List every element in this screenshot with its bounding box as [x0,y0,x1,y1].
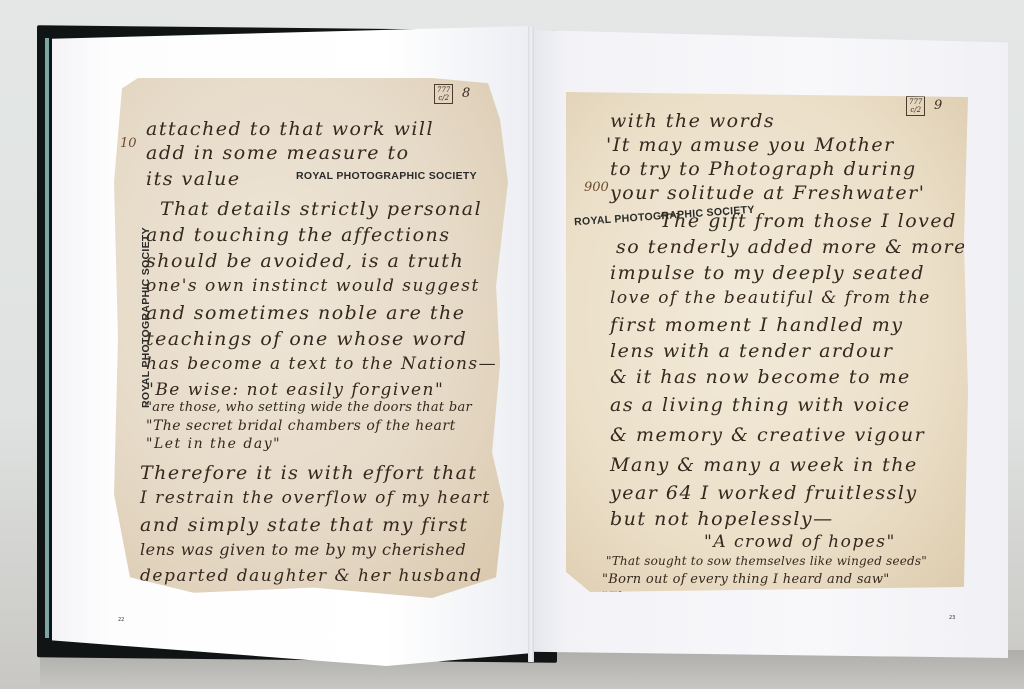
manuscript-line: and sometimes noble are the [146,302,466,324]
manuscript-line: to try to Photograph during [610,158,917,180]
manuscript-line: but not hopelessly— [610,508,834,530]
manuscript-line: That details strictly personal [160,198,482,220]
manuscript-line: with the words [610,110,775,132]
left-manuscript-sheet: 777 c/2 8 10 ROYAL PHOTOGRAPHIC SOCIETY … [114,78,512,598]
manuscript-line: I restrain the overflow of my heart [140,488,491,508]
manuscript-line: Therefore it is with effort that [140,462,478,484]
archive-number-bottom: c/2 [909,106,922,114]
manuscript-line: add in some measure to [146,142,410,164]
manuscript-line: one's own instinct would suggest [146,276,480,296]
manuscript-line: teachings of one whose word [146,328,467,350]
manuscript-line: attached to that work will [146,118,434,140]
manuscript-line: as a living thing with voice [610,394,911,416]
archive-number-box: 777 c/2 [906,96,925,116]
folio-number: 8 [462,86,470,101]
right-page-number: 23 [949,615,955,621]
left-page-number: 22 [118,617,124,623]
manuscript-line: lens with a tender ardour [610,340,893,362]
manuscript-line: Many & many a week in the [610,454,918,476]
archive-number-box: 777 c/2 [434,84,453,104]
manuscript-line: "A crowd of hopes" [704,532,896,552]
manuscript-line: The gift from those I loved [660,210,957,232]
book-cover-edge [45,38,49,638]
margin-number: 10 [120,136,137,151]
manuscript-line: lens was given to me by my cherished [140,540,466,559]
manuscript-line: your solitude at Freshwater' [610,182,925,204]
folio-number: 9 [934,98,942,113]
manuscript-line: "Be wise: not easily forgiven" [146,380,444,400]
margin-number: 900 [584,180,609,195]
right-manuscript-sheet: 777 c/2 9 900 ROYAL PHOTOGRAPHIC SOCIETY… [566,92,968,592]
manuscript-line: year 64 I worked fruitlessly [610,482,918,504]
archive-number-top: 777 [909,98,922,106]
manuscript-line: "That sought to sow themselves like wing… [606,554,927,568]
manuscript-line: first moment I handled my [610,314,904,336]
archive-number-top: 777 [437,86,450,94]
manuscript-line: love of the beautiful & from the [610,288,931,308]
manuscript-line: should be avoided, is a truth [146,250,464,272]
archive-number-bottom: c/2 [437,94,450,102]
manuscript-line: 'It may amuse you Mother [606,134,895,156]
society-stamp-horizontal: ROYAL PHOTOGRAPHIC SOCIETY [296,170,477,182]
manuscript-line: "Let in the day" [146,436,281,452]
manuscript-line: has become a text to the Nations— [146,354,497,374]
manuscript-line: "are those, who setting wide the doors t… [146,400,472,415]
photo-scene: 777 c/2 8 10 ROYAL PHOTOGRAPHIC SOCIETY … [0,0,1024,689]
book-gutter [528,26,534,662]
manuscript-line: impulse to my deeply seated [610,262,925,284]
manuscript-line: and touching the affections [146,224,451,246]
manuscript-line: & it has now become to me [610,366,911,388]
manuscript-line: so tenderly added more & more [616,236,967,258]
manuscript-line: & memory & creative vigour [610,424,925,446]
manuscript-line: "The secret bridal chambers of the heart [146,418,456,434]
manuscript-line: "Born out of every thing I heard and saw… [602,572,890,587]
manuscript-line: departed daughter & her husband [140,566,483,586]
manuscript-line: and simply state that my first [140,514,469,536]
manuscript-line: its value [146,168,241,190]
